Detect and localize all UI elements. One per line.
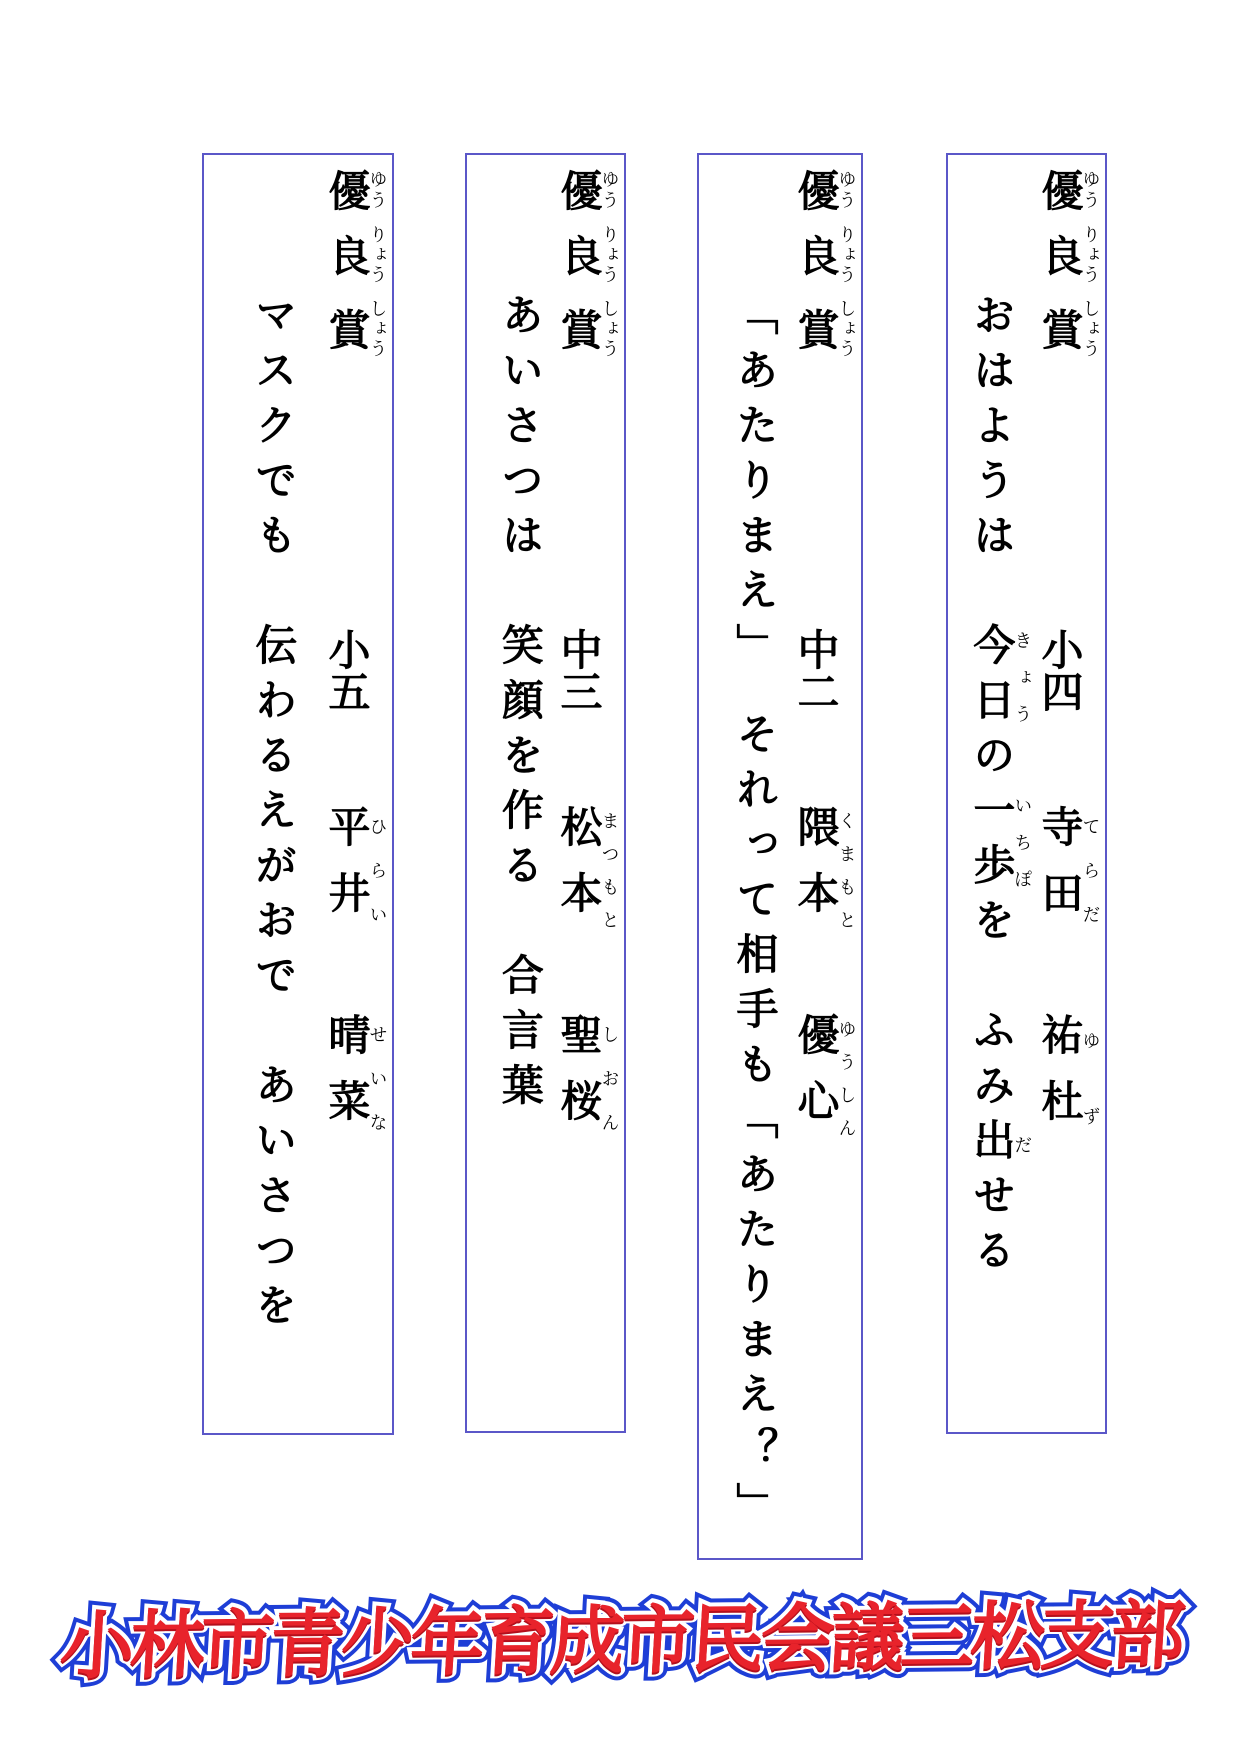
award-title: 優ゆう良りょう賞しょう [792,169,841,366]
award-box-3: 優ゆう良りょう賞しょう 中三 松本まつもと聖桜しおん あいさつは 笑顔を作る 合… [465,153,626,1433]
award-title: 優ゆう良りょう賞しょう [323,169,372,366]
student-name: 平井ひらい晴菜せいな [323,727,372,1145]
award-box-4-content: 優ゆう良りょう賞しょう 小五 平井ひらい晴菜せいな マスクでも 伝わるえがおで … [204,155,392,1433]
award-box-2-content: 優ゆう良りょう賞しょう 中二 隈本くまもと優心ゆうしん 「あたりまえ」 それって… [699,155,861,1558]
poem-text: マスクでも 伝わるえがおで あいさつを [210,169,303,1419]
grade-label: 中三 [555,628,604,712]
student-name: 隈本くまもと優心ゆうしん [792,727,841,1145]
award-box-3-head: 優ゆう良りょう賞しょう 中三 松本まつもと聖桜しおん [550,169,618,1417]
poem-text: 「あたりまえ」 それって相手も「あたりまえ？」 [705,169,785,1544]
award-title: 優ゆう良りょう賞しょう [555,169,604,366]
award-box-4-head: 優ゆう良りょう賞しょう 小五 平井ひらい晴菜せいな [303,169,386,1419]
award-box-2: 優ゆう良りょう賞しょう 中二 隈本くまもと優心ゆうしん 「あたりまえ」 それって… [697,153,863,1560]
award-page: 優ゆう良りょう賞しょう 小四 寺田てらだ祐杜ゆず おはようは 今日きょうの一歩い… [0,0,1241,1754]
grade-label: 小四 [1036,628,1085,712]
banner-text: 小林市青少年育成市民会議三松支部 [57,1576,1184,1694]
award-box-3-content: 優ゆう良りょう賞しょう 中三 松本まつもと聖桜しおん あいさつは 笑顔を作る 合… [467,155,624,1431]
student-name: 寺田てらだ祐杜ゆず [1036,727,1085,1145]
award-box-2-head: 優ゆう良りょう賞しょう 中二 隈本くまもと優心ゆうしん [785,169,856,1544]
poem-text: あいさつは 笑顔を作る 合言葉 [473,169,550,1417]
award-box-1: 優ゆう良りょう賞しょう 小四 寺田てらだ祐杜ゆず おはようは 今日きょうの一歩い… [946,153,1107,1434]
award-box-4: 優ゆう良りょう賞しょう 小五 平井ひらい晴菜せいな マスクでも 伝わるえがおで … [202,153,394,1435]
poem-text: おはようは 今日きょうの一歩いちぽを ふみ出だせる [954,169,1031,1418]
grade-label: 小五 [323,628,372,712]
organization-banner: 小林市青少年育成市民会議三松支部 小林市青少年育成市民会議三松支部 小林市青少年… [57,1576,1184,1694]
award-box-1-content: 優ゆう良りょう賞しょう 小四 寺田てらだ祐杜ゆず おはようは 今日きょうの一歩い… [948,155,1105,1432]
award-title: 優ゆう良りょう賞しょう [1036,169,1085,366]
grade-label: 中二 [792,628,841,712]
award-box-1-head: 優ゆう良りょう賞しょう 小四 寺田てらだ祐杜ゆず [1031,169,1099,1418]
student-name: 松本まつもと聖桜しおん [555,727,604,1145]
